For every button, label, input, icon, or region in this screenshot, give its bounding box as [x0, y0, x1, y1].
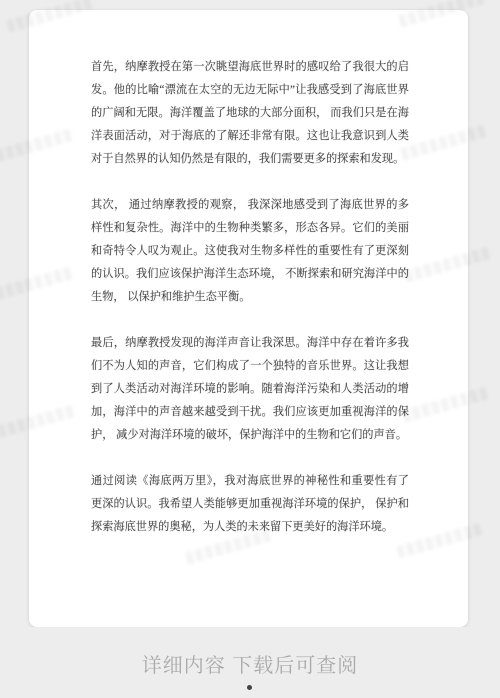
document-content: 首先，纳摩教授在第一次眺望海底世界时的感叹给了我很大的启发。他的比喻“漂流在太空… — [91, 56, 409, 562]
document-page[interactable]: 首先，纳摩教授在第一次眺望海底世界时的感叹给了我很大的启发。他的比喻“漂流在太空… — [29, 10, 468, 627]
download-notice-bar: 详细内容 下载后可查阅 — [0, 627, 500, 698]
page-indicator-dot — [247, 685, 252, 690]
paragraph: 最后，纳摩教授发现的海洋声音让我深思。海洋中存在着许多我们不为人知的声音，它们构… — [91, 332, 409, 447]
download-notice-text: 详细内容 下载后可查阅 — [0, 649, 500, 678]
paragraph: 首先，纳摩教授在第一次眺望海底世界时的感叹给了我很大的启发。他的比喻“漂流在太空… — [91, 56, 409, 171]
paragraph: 其次， 通过纳摩教授的观察， 我深深地感受到了海底世界的多样性和复杂性。海洋中的… — [91, 194, 409, 309]
document-preview: 首先，纳摩教授在第一次眺望海底世界时的感叹给了我很大的启发。他的比喻“漂流在太空… — [0, 0, 500, 698]
paragraph: 通过阅读《海底两万里》，我对海底世界的神秘性和重要性有了更深的认识。我希望人类能… — [91, 470, 409, 539]
